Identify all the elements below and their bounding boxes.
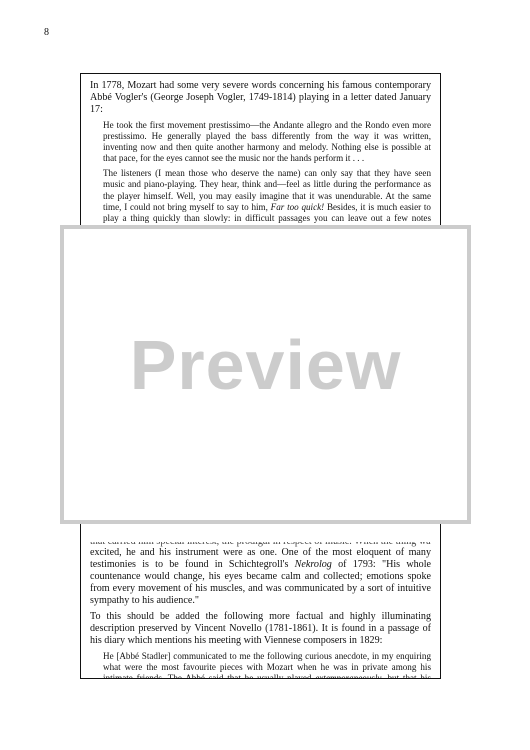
page-number: 8 <box>44 27 49 38</box>
intro-paragraph: In 1778, Mozart had some very severe wor… <box>90 80 431 116</box>
obscured-line-text: that carried him special interest, the p… <box>90 542 431 547</box>
paragraph-2-emphasis: Nekrolog <box>295 559 332 570</box>
obscured-line: that carried him special interest, the p… <box>90 542 431 547</box>
quote-2-emphasis: Far too quick! <box>271 202 325 212</box>
preview-watermark-label: Preview <box>130 325 402 405</box>
paragraph-3: To this should be added the following mo… <box>90 611 431 647</box>
preview-watermark-overlay: Preview <box>60 225 471 524</box>
block-quote-1: He took the first movement prestissimo—t… <box>90 120 431 164</box>
quote-3-emphasis: extemporaneously <box>315 673 381 679</box>
paragraph-2: excited, he and his instrument were as o… <box>90 547 431 607</box>
block-quote-3: He [Abbé Stadler] communicated to me the… <box>90 651 431 679</box>
